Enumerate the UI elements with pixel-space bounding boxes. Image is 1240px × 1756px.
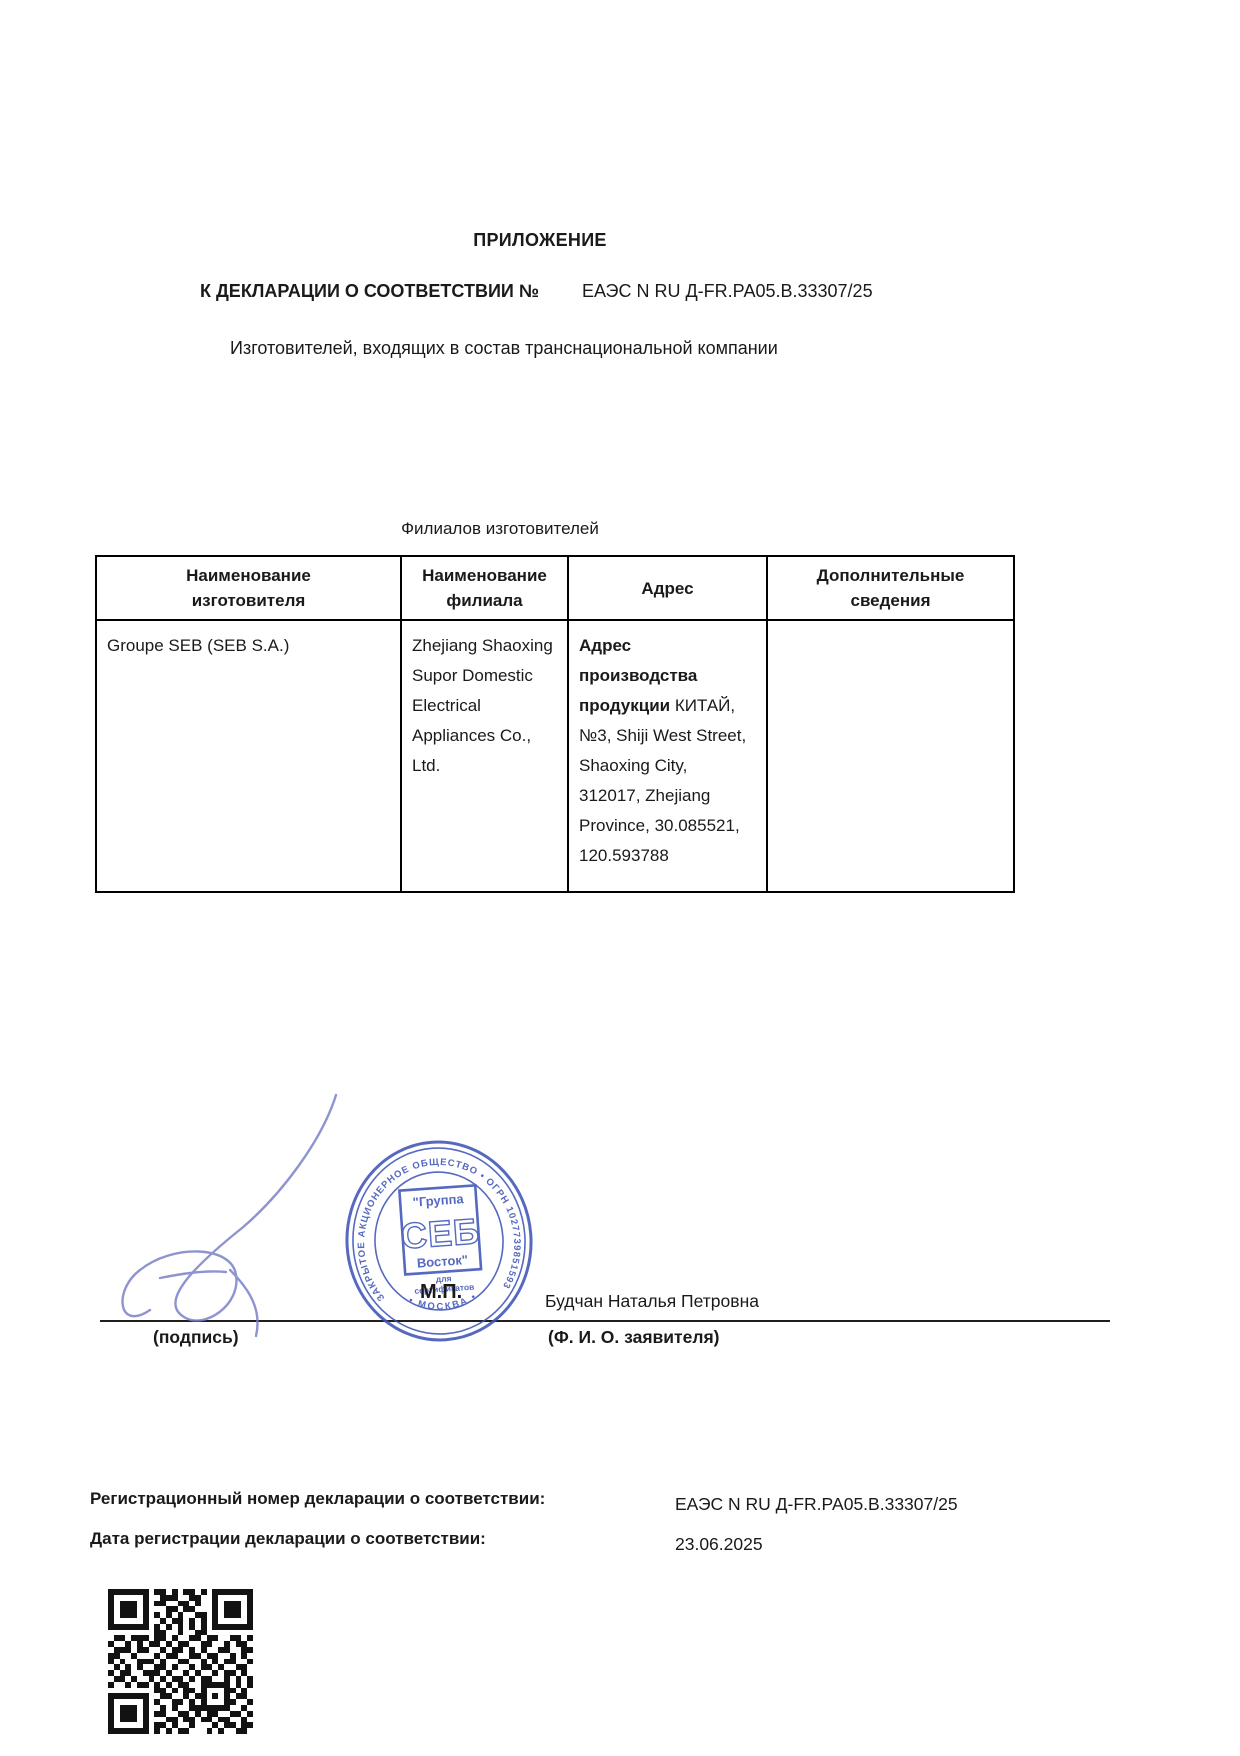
column-header-address: Адрес xyxy=(568,556,767,620)
header-line: Адрес xyxy=(641,579,693,598)
cell-address: Адрес производства продукции КИТАЙ, №3, … xyxy=(568,620,767,892)
table-row: Groupe SEB (SEB S.A.) Zhejiang Shaoxing … xyxy=(96,620,1014,892)
header-line: Наименование xyxy=(422,566,547,585)
registration-number-label: Регистрационный номер декларации о соотв… xyxy=(90,1489,545,1509)
column-header-additional: Дополнительные сведения xyxy=(767,556,1014,620)
stamp-org-line1: "Группа xyxy=(412,1191,465,1210)
table-header-row: Наименование изготовителя Наименование ф… xyxy=(96,556,1014,620)
handwritten-signature xyxy=(100,1078,350,1358)
declaration-number-value: ЕАЭС N RU Д-FR.РА05.В.33307/25 xyxy=(582,281,873,301)
page-description: Изготовителей, входящих в состав трансна… xyxy=(230,338,778,359)
stamp-place-label: М.П. xyxy=(420,1281,462,1304)
company-stamp: ЗАКРЫТОЕ АКЦИОНЕРНОЕ ОБЩЕСТВО • ОГРН 102… xyxy=(329,1126,549,1356)
stamp-org-line2: СЕБ xyxy=(400,1210,482,1256)
cell-additional xyxy=(767,620,1014,892)
table-caption: Филиалов изготовителей xyxy=(0,519,1000,539)
declaration-number-line: К ДЕКЛАРАЦИИ О СООТВЕТСТВИИ № ЕАЭС N RU … xyxy=(200,281,873,302)
header-line: изготовителя xyxy=(192,591,306,610)
header-line: филиала xyxy=(446,591,522,610)
header-line: Дополнительные xyxy=(817,566,965,585)
qr-module xyxy=(247,1728,253,1734)
stamp-org-line3: Восток" xyxy=(416,1252,468,1271)
column-header-branch: Наименование филиала xyxy=(401,556,568,620)
declaration-number-label: К ДЕКЛАРАЦИИ О СООТВЕТСТВИИ № xyxy=(200,281,539,301)
cell-manufacturer: Groupe SEB (SEB S.A.) xyxy=(96,620,401,892)
applicant-caption: (Ф. И. О. заявителя) xyxy=(548,1327,720,1348)
registration-date-label: Дата регистрации декларации о соответств… xyxy=(90,1529,486,1549)
cell-branch: Zhejiang Shaoxing Supor Domestic Electri… xyxy=(401,620,568,892)
header-line: сведения xyxy=(850,591,930,610)
column-header-manufacturer: Наименование изготовителя xyxy=(96,556,401,620)
page-title: ПРИЛОЖЕНИЕ xyxy=(0,230,1080,251)
applicant-name: Будчан Наталья Петровна xyxy=(545,1291,759,1312)
branches-table: Наименование изготовителя Наименование ф… xyxy=(95,555,1015,893)
address-value: КИТАЙ, №3, Shiji West Street, Shaoxing C… xyxy=(579,696,746,865)
header-line: Наименование xyxy=(186,566,311,585)
registration-date-value: 23.06.2025 xyxy=(675,1534,763,1555)
qr-code xyxy=(108,1589,253,1734)
registration-number-value: ЕАЭС N RU Д-FR.РА05.В.33307/25 xyxy=(675,1494,958,1515)
